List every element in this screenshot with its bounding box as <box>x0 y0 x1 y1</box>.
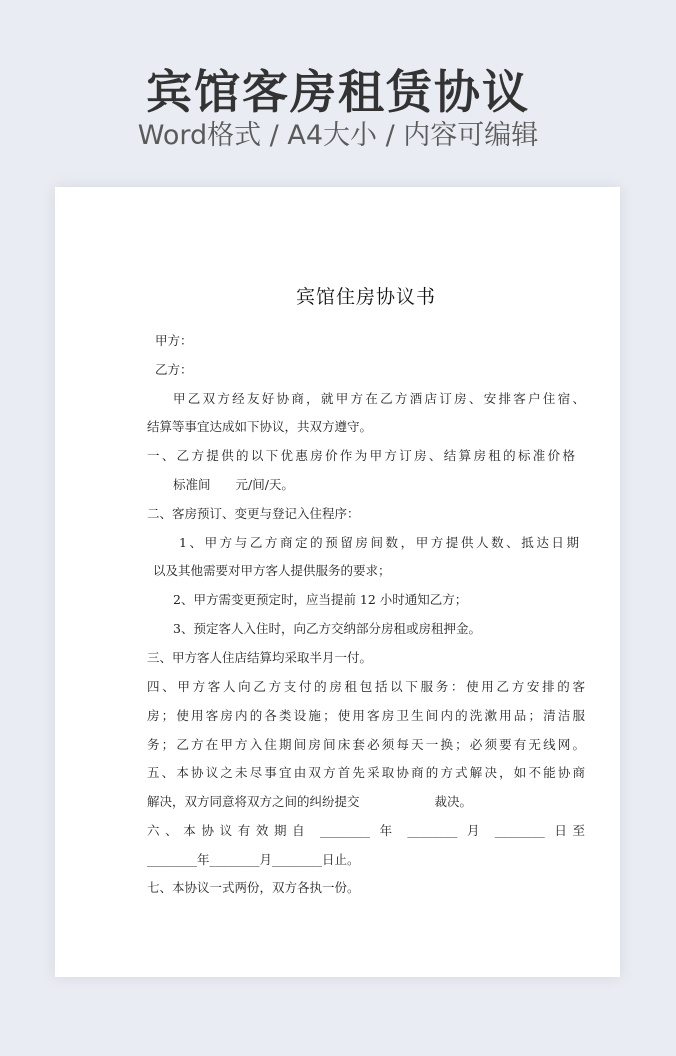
hero-title: 宾馆客房租赁协议 <box>0 64 676 120</box>
intro-line-1: 甲乙双方经友好协商，就甲方在乙方酒店订房、安排客户住宿、 <box>173 391 585 407</box>
clause-6-line-2: ________年________月________日止。 <box>147 852 360 868</box>
clause-5-line-2: 解决，双方同意将双方之间的纠纷提交 裁决。 <box>147 794 472 810</box>
clause-3: 三、甲方客人住店结算均采取半月一付。 <box>147 650 372 666</box>
clause-2-item-2: 2、甲方需变更预定时，应当提前 12 小时通知乙方； <box>173 592 467 608</box>
clause-4-line-3: 务；乙方在甲方入住期间房间床套必须每天一换；必须要有无线网。 <box>147 737 585 753</box>
hero-subtitle: Word格式 / A4大小 / 内容可编辑 <box>0 118 676 154</box>
document-title: 宾馆住房协议书 <box>147 282 585 309</box>
clause-6-line-1: 六、本协议有效期自 ________ 年 ________ 月 ________… <box>147 823 585 839</box>
party-a-label: 甲方： <box>155 333 193 349</box>
clause-7: 七、本协议一式两份，双方各执一份。 <box>147 880 360 896</box>
document-page: 宾馆住房协议书 甲方： 乙方： 甲乙双方经友好协商，就甲方在乙方酒店订房、安排客… <box>55 187 620 977</box>
clause-5-line-1: 五、本协议之未尽事宜由双方首先采取协商的方式解决，如不能协商 <box>147 765 585 781</box>
clause-1-line-1: 一、乙方提供的以下优惠房价作为甲方订房、结算房租的标准价格 <box>147 448 575 464</box>
clause-2-item-3: 3、预定客人入住时，向乙方交纳部分房租或房租押金。 <box>173 621 481 637</box>
clause-4-line-1: 四、甲方客人向乙方支付的房租包括以下服务：使用乙方安排的客 <box>147 679 585 695</box>
clause-4-line-2: 房；使用客房内的各类设施；使用客房卫生间内的洗漱用品；清洁服 <box>147 708 585 724</box>
intro-line-2: 结算等事宜达成如下协议，共双方遵守。 <box>147 419 372 435</box>
clause-2-heading: 二、客房预订、变更与登记入住程序： <box>147 506 360 522</box>
party-b-label: 乙方： <box>155 362 193 378</box>
clause-2-item-1-line-2: 以及其他需要对甲方客人提供服务的要求； <box>153 563 391 579</box>
clause-1-line-2: 标准间 元/间/天。 <box>173 477 294 493</box>
clause-2-item-1-line-1: 1、甲方与乙方商定的预留房间数，甲方提供人数、抵达日期 <box>179 535 579 551</box>
